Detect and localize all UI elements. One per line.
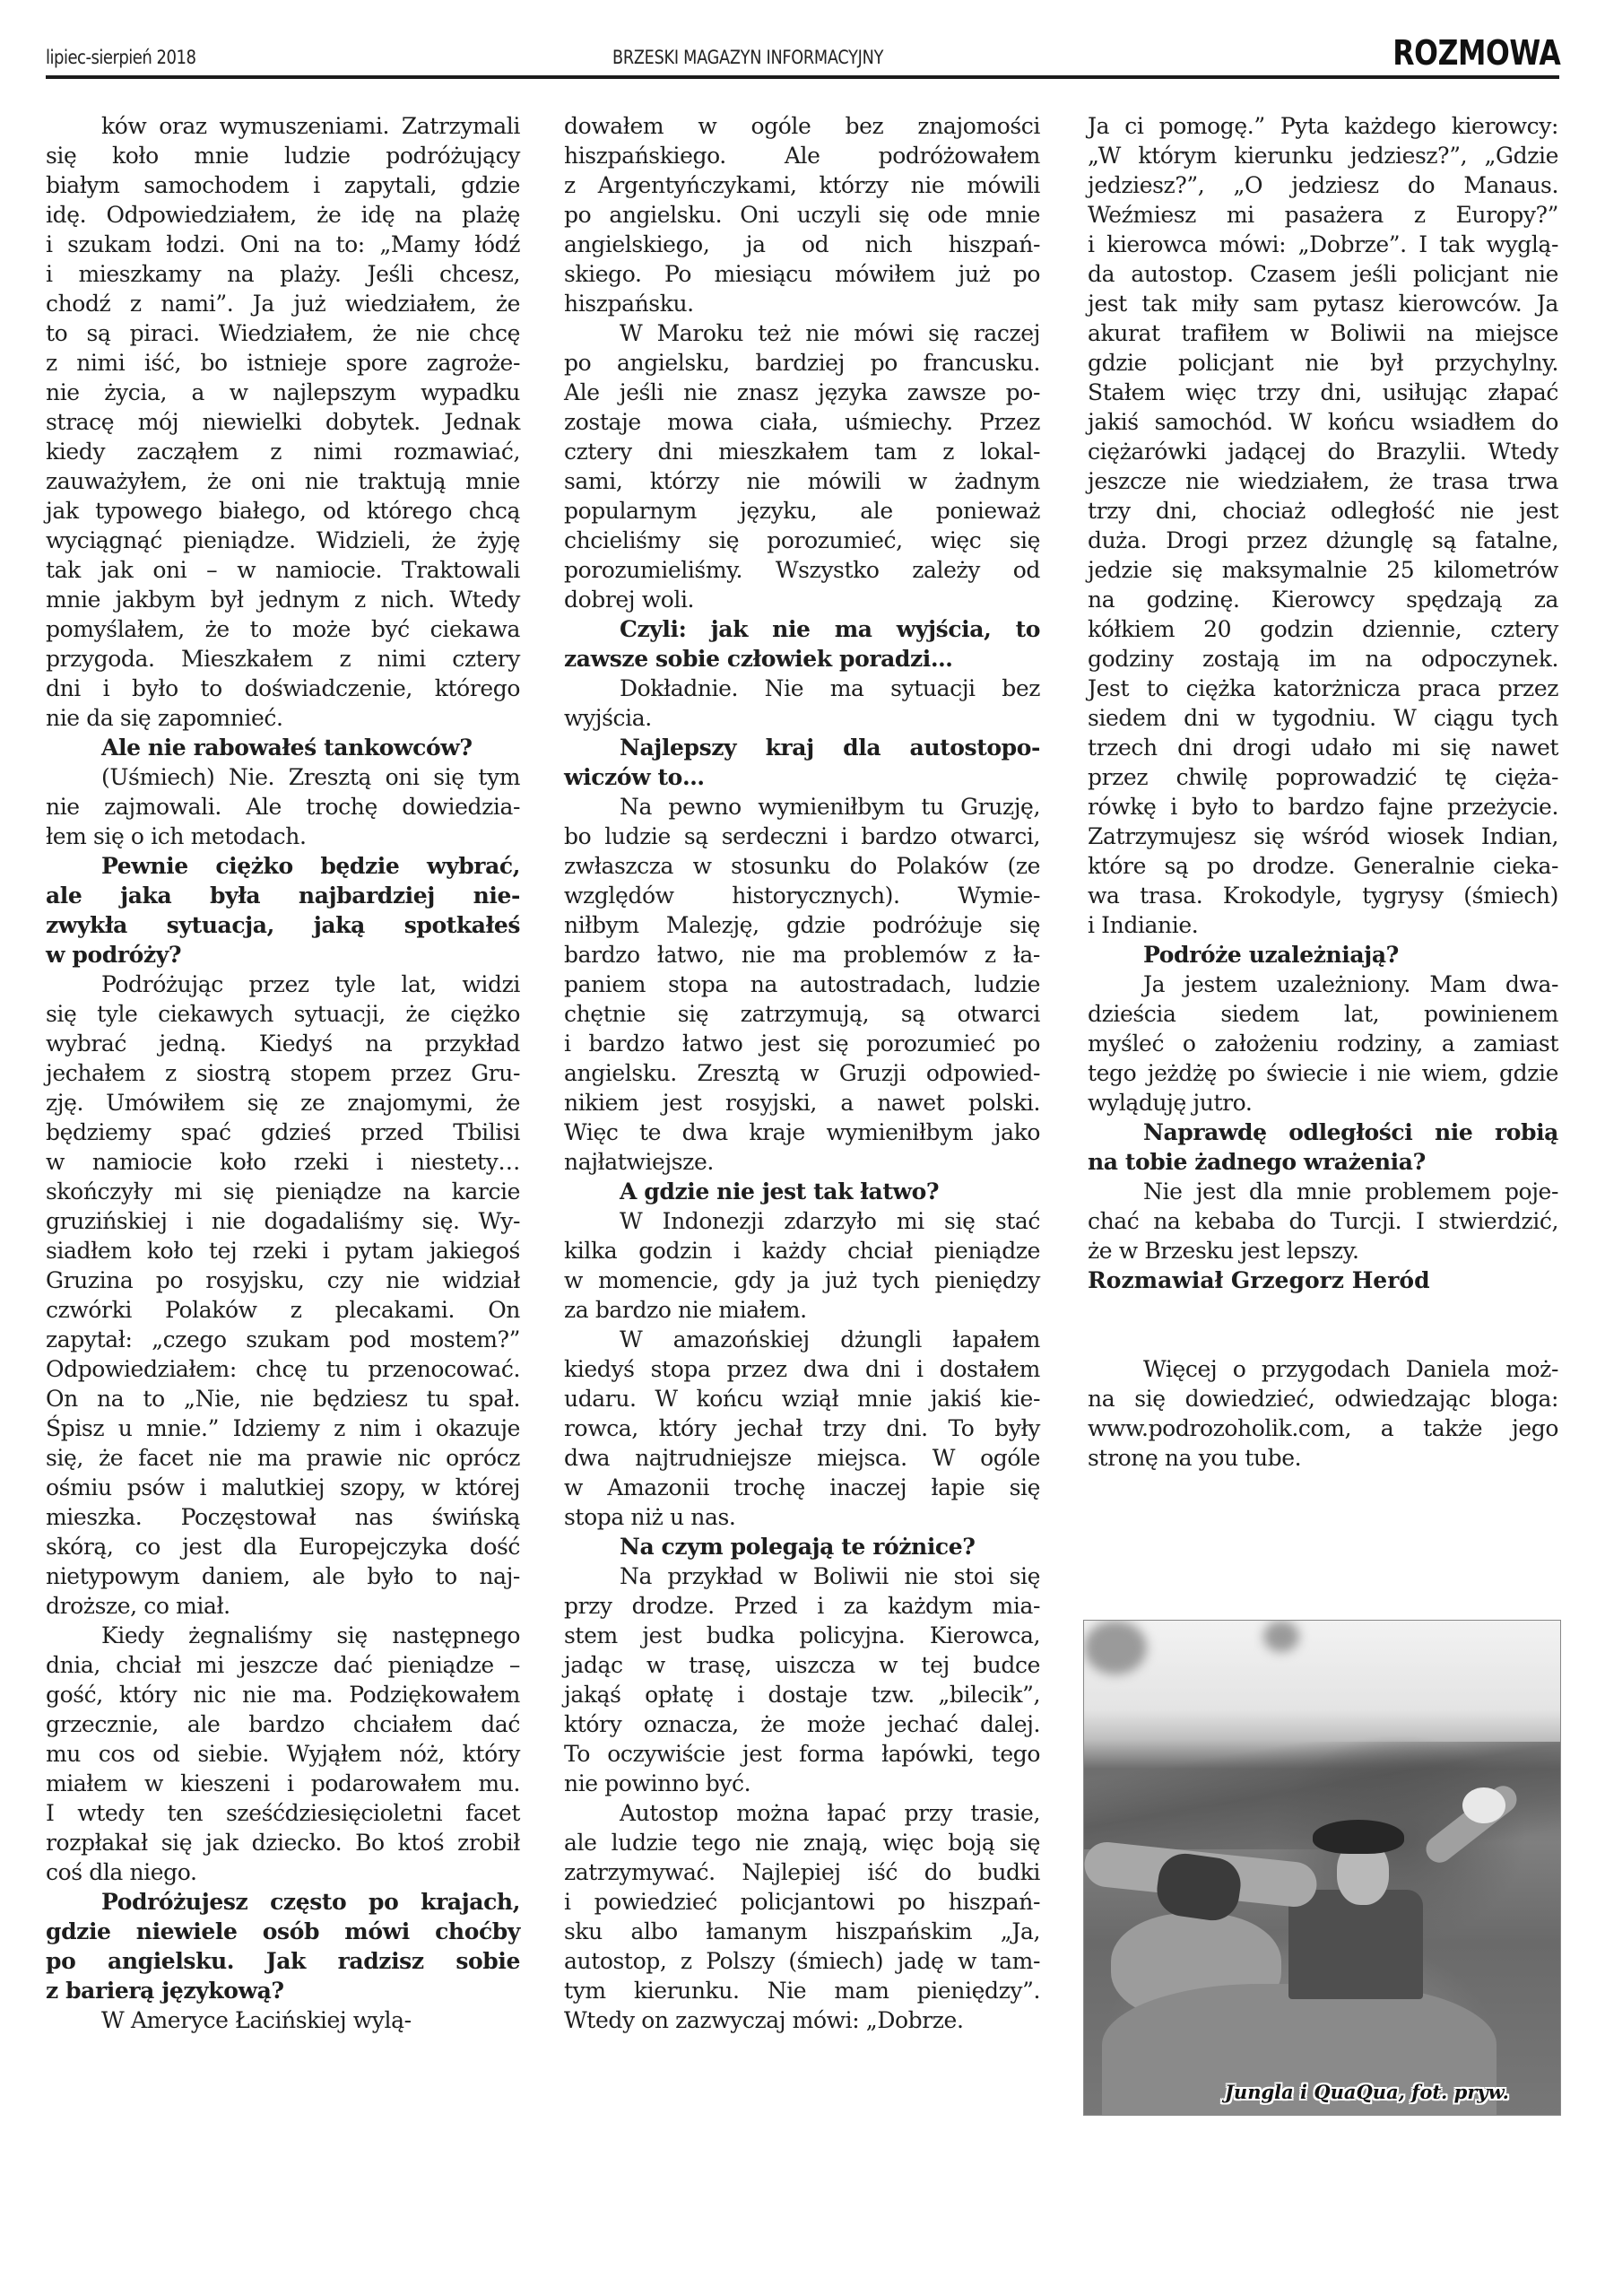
text-line: To oczywiście jest forma łapówki, tego	[564, 1739, 1040, 1769]
text-line: i bardzo łatwo jest się porozumieć po	[564, 1029, 1040, 1058]
paragraph: Ja ci pomogę.” Pyta każdego kierowcy:„W …	[1088, 111, 1558, 940]
text-line: Ale jeśli nie znasz języka zawsze po-	[564, 378, 1040, 407]
text-line: wa trasa. Krokodyle, tygrysy (śmiech)	[1088, 881, 1558, 910]
text-line: chać na kebaba do Turcji. I stwierdzić,	[1088, 1206, 1558, 1236]
text-line: łem się o ich metodach.	[46, 822, 520, 851]
paragraph: Kiedy żegnaliśmy się następnegodnia, chc…	[46, 1621, 520, 1887]
interview-question: Na czym polegają te różnice?	[564, 1532, 1040, 1561]
text-line: nie powinno być.	[564, 1769, 1040, 1798]
section-title: ROZMOWA	[1392, 33, 1560, 73]
text-line: myśleć o założeniu rodziny, a zamiast	[1088, 1029, 1558, 1058]
interview-question: Czyli: jak nie ma wyjścia, tozawsze sobi…	[564, 614, 1040, 674]
magazine-title: BRZESKI MAGAZYN INFORMACYJNY	[612, 47, 883, 68]
text-line: po angielsku. Jak radzisz sobie	[46, 1946, 520, 1976]
cloud-shape	[1084, 1621, 1147, 1674]
text-line: stem jest budka policyjna. Kierowca,	[564, 1621, 1040, 1650]
person-shirt	[1288, 1890, 1423, 1999]
text-line: ale jaka była najbardziej nie-	[46, 881, 520, 910]
text-line: z nimi iść, bo istnieje spore zagroże-	[46, 348, 520, 378]
text-line: po angielsku. Oni uczyli się ode mnie	[564, 200, 1040, 230]
text-line: porozumieliśmy. Wszystko zależy od	[564, 555, 1040, 585]
text-line: w namiocie koło rzeki i niestety…	[46, 1147, 520, 1177]
text-line: skończyły mi się pieniądze na karcie	[46, 1177, 520, 1206]
text-line: I wtedy ten sześćdziesięcioletni facet	[46, 1798, 520, 1828]
text-line: droższe, co miał.	[46, 1591, 520, 1621]
text-line: grzecznie, ale bardzo chciałem dać	[46, 1709, 520, 1739]
text-line: Podróże uzależniają?	[1088, 940, 1558, 970]
text-line: ków oraz wymuszeniami. Zatrzymali	[46, 111, 520, 141]
text-line: dzieścia siedem lat, powinienem	[1088, 999, 1558, 1029]
text-line: jak typowego białego, od którego chcą	[46, 496, 520, 526]
text-line: zatrzymywać. Najlepiej iść do budki	[564, 1857, 1040, 1887]
text-line: idę. Odpowiedziałem, że idę na plażę	[46, 200, 520, 230]
text-line: nietypowym daniem, ale było to naj-	[46, 1561, 520, 1591]
text-line: da autostop. Czasem jeśli policjant nie	[1088, 259, 1558, 289]
text-line: jakąś opłatę i dostaje tzw. „bilecik”,	[564, 1680, 1040, 1709]
text-line: to są piraci. Wiedziałem, że nie chcę	[46, 318, 520, 348]
interview-question: Naprawdę odległości nie robiąna tobie ża…	[1088, 1118, 1558, 1177]
text-line: Czyli: jak nie ma wyjścia, to	[564, 614, 1040, 644]
text-line: W Indonezji zdarzyło mi się stać	[564, 1206, 1040, 1236]
interview-question: Najlepszy kraj dla autostopo-wiczów to…	[564, 733, 1040, 792]
text-line: przy drodze. Przed i za każdym mia-	[564, 1591, 1040, 1621]
text-line: Na przykład w Boliwii nie stoi się	[564, 1561, 1040, 1591]
text-line: kółkiem 20 godzin dziennie, cztery	[1088, 614, 1558, 644]
text-line: akurat trafiłem w Boliwii na miejsce	[1088, 318, 1558, 348]
interview-question: Podróże uzależniają?	[1088, 940, 1558, 970]
text-line: sku albo łamanym hiszpańskim „Ja,	[564, 1917, 1040, 1946]
paragraph: W amazońskiej dżungli łapałemkiedyś stop…	[564, 1325, 1040, 1532]
text-line: nie da się zapomnieć.	[46, 703, 520, 733]
paragraph: Na pewno wymieniłbym tu Gruzję,bo ludzie…	[564, 792, 1040, 1177]
text-line: rowca, który jechał trzy dni. To były	[564, 1413, 1040, 1443]
text-line: zauważyłem, że oni nie traktują mnie	[46, 466, 520, 496]
text-line: dowałem w ogóle bez znajomości	[564, 111, 1040, 141]
text-line: rówkę i było to bardzo fajne przeżycie.	[1088, 792, 1558, 822]
text-line: W Maroku też nie mówi się raczej	[564, 318, 1040, 348]
text-line: ośmiu psów i malutkiej szopy, w której	[46, 1473, 520, 1502]
text-line: najłatwiejsze.	[564, 1147, 1040, 1177]
text-line: A gdzie nie jest tak łatwo?	[564, 1177, 1040, 1206]
text-line: niłbym Malezję, gdzie podróżuje się	[564, 910, 1040, 940]
text-line: tego jeżdżę po świecie i nie wiem, gdzie	[1088, 1058, 1558, 1088]
paragraph: W Indonezji zdarzyło mi się staćkilka go…	[564, 1206, 1040, 1325]
text-line: zostaje mowa ciała, uśmiechy. Przez	[564, 407, 1040, 437]
text-line: Ja ci pomogę.” Pyta każdego kierowcy:	[1088, 111, 1558, 141]
text-line: jedziesz?”, „O jedziesz do Manaus.	[1088, 170, 1558, 200]
text-line: Zatrzymujesz się wśród wiosek Indian,	[1088, 822, 1558, 851]
text-line: autostop, z Polszy (śmiech) jadę w tam-	[564, 1946, 1040, 1976]
text-line: i kierowca mówi: „Dobrze”. I tak wyglą-	[1088, 230, 1558, 259]
text-line: mieszka. Poczęstował nas świńską	[46, 1502, 520, 1532]
text-line: chętnie się zatrzymują, są otwarci	[564, 999, 1040, 1029]
text-line: i szukam łodzi. Oni na to: „Mamy łódź	[46, 230, 520, 259]
article-column-2: dowałem w ogóle bez znajomościhiszpański…	[564, 111, 1040, 2035]
text-line: chodź z nami”. Ja już wiedziałem, że	[46, 289, 520, 318]
text-line: wyjścia.	[564, 703, 1040, 733]
text-line: się koło mnie ludzie podróżujący	[46, 141, 520, 170]
text-line: duża. Drogi przez dżunglę są fatalne,	[1088, 526, 1558, 555]
text-line: jeszcze nie wiedziałem, że trasa trwa	[1088, 466, 1558, 496]
text-line: wyląduję jutro.	[1088, 1088, 1558, 1118]
text-line: Więcej o przygodach Daniela moż-	[1088, 1354, 1558, 1384]
text-line: jakiś samochód. W końcu wsiadłem do	[1088, 407, 1558, 437]
text-line: zawsze sobie człowiek poradzi…	[564, 644, 1040, 674]
text-line: kilka godzin i każdy chciał pieniądze	[564, 1236, 1040, 1265]
text-line: Jest to ciężka katorżnicza praca przez	[1088, 674, 1558, 703]
text-line: Wtedy on zazwyczaj mówi: „Dobrze.	[564, 2005, 1040, 2035]
text-line: z Argentyńczykami, którzy nie mówili	[564, 170, 1040, 200]
text-line: za bardzo nie miałem.	[564, 1295, 1040, 1325]
text-line: Pewnie ciężko będzie wybrać,	[46, 851, 520, 881]
person-hat	[1313, 1820, 1404, 1854]
paragraph: Nie jest dla mnie problemem poje-chać na…	[1088, 1177, 1558, 1265]
text-line: ale ludzie tego nie znają, więc boją się	[564, 1828, 1040, 1857]
text-line: białym samochodem i zapytali, gdzie	[46, 170, 520, 200]
text-line: Ale nie rabowałeś tankowców?	[46, 733, 520, 762]
text-line: nie zajmowali. Ale trochę dowiedzia-	[46, 792, 520, 822]
text-line: wybrać jedną. Kiedyś na przykład	[46, 1029, 520, 1058]
text-line: trzy dni, chociaż odległość nie jest	[1088, 496, 1558, 526]
text-line: bo ludzie są serdeczni i bardzo otwarci,	[564, 822, 1040, 851]
text-line: nikiem jest rosyjski, a nawet polski.	[564, 1088, 1040, 1118]
text-line: hiszpańskiego. Ale podróżowałem	[564, 141, 1040, 170]
paragraph: Ja jestem uzależniony. Mam dwa-dzieścia …	[1088, 970, 1558, 1118]
text-line: wyciągnąć pieniądze. Widzieli, że żyję	[46, 526, 520, 555]
text-line: w Amazonii trochę inaczej łapie się	[564, 1473, 1040, 1502]
text-line: bardzo łatwo, nie ma problemów z ła-	[564, 940, 1040, 970]
text-line: które są po drodze. Generalnie cieka-	[1088, 851, 1558, 881]
paragraph: (Uśmiech) Nie. Zresztą oni się tymnie za…	[46, 762, 520, 851]
text-line: Odpowiedziałem: chcę tu przenocować.	[46, 1354, 520, 1384]
spacer	[1088, 1295, 1558, 1354]
text-line: który oznacza, że może jechać dalej.	[564, 1709, 1040, 1739]
text-line: Nie jest dla mnie problemem poje-	[1088, 1177, 1558, 1206]
text-line: przez chwilę poprowadzić tę cięża-	[1088, 762, 1558, 792]
text-line: W Ameryce Łacińskiej wylą-	[46, 2005, 520, 2035]
text-line: miałem w kieszeni i podarowałem mu.	[46, 1769, 520, 1798]
text-line: sami, którzy nie mówili w żadnym	[564, 466, 1040, 496]
text-line: gruzińskiej i nie dogadaliśmy się. Wy-	[46, 1206, 520, 1236]
text-line: hiszpańsku.	[564, 289, 1040, 318]
text-line: Najlepszy kraj dla autostopo-	[564, 733, 1040, 762]
text-line: Podróżując przez tyle lat, widzi	[46, 970, 520, 999]
text-line: cztery dni mieszkałem tam z lokal-	[564, 437, 1040, 466]
paragraph: Podróżując przez tyle lat, widzisię tyle…	[46, 970, 520, 1621]
text-line: kiedy zacząłem z nimi rozmawiać,	[46, 437, 520, 466]
paragraph: Na przykład w Boliwii nie stoi sięprzy d…	[564, 1561, 1040, 1798]
text-line: Stałem więc trzy dni, usiłując złapać	[1088, 378, 1558, 407]
text-line: popularnym języku, ale ponieważ	[564, 496, 1040, 526]
text-line: stronę na you tube.	[1088, 1443, 1558, 1473]
text-line: jadąc w trasę, uiszcza w tej budce	[564, 1650, 1040, 1680]
text-line: godziny zostają im na odpoczynek.	[1088, 644, 1558, 674]
text-line: siedem dni w tygodniu. W ciągu tych	[1088, 703, 1558, 733]
text-line: się, że facet nie ma prawie nic oprócz	[46, 1443, 520, 1473]
text-line: że w Brzesku jest lepszy.	[1088, 1236, 1558, 1265]
interview-question: Pewnie ciężko będzie wybrać,ale jaka był…	[46, 851, 520, 970]
text-line: Na czym polegają te różnice?	[564, 1532, 1040, 1561]
text-line: tak jak oni – w namiocie. Traktowali	[46, 555, 520, 585]
text-line: Ja jestem uzależniony. Mam dwa-	[1088, 970, 1558, 999]
text-line: gdzie policjant nie był przychylny.	[1088, 348, 1558, 378]
interview-question: Ale nie rabowałeś tankowców?	[46, 733, 520, 762]
text-line: skórą, co jest dla Europejczyka dość	[46, 1532, 520, 1561]
text-line: gość, który nic nie ma. Podziękowałem	[46, 1680, 520, 1709]
text-line: jest tak miły sam pytasz kierowców. Ja	[1088, 289, 1558, 318]
article-photo	[1083, 1620, 1561, 2116]
text-line: mnie jakbym był jednym z nich. Wtedy	[46, 585, 520, 614]
article-column-3: Ja ci pomogę.” Pyta każdego kierowcy:„W …	[1088, 111, 1558, 1473]
text-line: Na pewno wymieniłbym tu Gruzję,	[564, 792, 1040, 822]
text-line: po angielsku, bardziej po francusku.	[564, 348, 1040, 378]
paragraph: dowałem w ogóle bez znajomościhiszpański…	[564, 111, 1040, 318]
paragraph: W Maroku też nie mówi się raczejpo angie…	[564, 318, 1040, 614]
text-line: pomyślałem, że to może być ciekawa	[46, 614, 520, 644]
issue-date: lipiec-sierpień 2018	[46, 47, 195, 68]
page-header: lipiec-sierpień 2018 BRZESKI MAGAZYN INF…	[0, 0, 1605, 90]
text-line: jedzie się maksymalnie 25 kilometrów	[1088, 555, 1558, 585]
text-line: jechałem z siostrą stopem przez Gru-	[46, 1058, 520, 1088]
interview-question: A gdzie nie jest tak łatwo?	[564, 1177, 1040, 1206]
text-line: angielsku. Zresztą w Gruzji odpowied-	[564, 1058, 1040, 1088]
text-line: z barierą językową?	[46, 1976, 520, 2005]
paragraph: Autostop można łapać przy trasie,ale lud…	[564, 1798, 1040, 2035]
cloud-shape	[1263, 1621, 1299, 1652]
text-line: w momencie, gdy ja już tych pieniędzy	[564, 1265, 1040, 1295]
text-line: stopa niż u nas.	[564, 1502, 1040, 1532]
text-line: skiego. Po miesiącu mówiłem już po	[564, 259, 1040, 289]
text-line: Śpisz u mnie.” Idziemy z nim i okazuje	[46, 1413, 520, 1443]
text-line: Kiedy żegnaliśmy się następnego	[46, 1621, 520, 1650]
text-line: kiedyś stopa przez dwa dni i dostałem	[564, 1354, 1040, 1384]
text-line: mu cos od siebie. Wyjąłem nóż, który	[46, 1739, 520, 1769]
text-line: ciężarówki jadącej do Brazylii. Wtedy	[1088, 437, 1558, 466]
text-line: W amazońskiej dżungli łapałem	[564, 1325, 1040, 1354]
text-line: Naprawdę odległości nie robią	[1088, 1118, 1558, 1147]
text-line: dnia, chciał mi jeszcze dać pieniądze –	[46, 1650, 520, 1680]
text-line: będziemy spać gdzieś przed Tbilisi	[46, 1118, 520, 1147]
text-line: nie życia, a w najlepszym wypadku	[46, 378, 520, 407]
text-line: Dokładnie. Nie ma sytuacji bez	[564, 674, 1040, 703]
text-line: względów historycznych). Wymie-	[564, 881, 1040, 910]
text-line: chcieliśmy się porozumieć, więc się	[564, 526, 1040, 555]
text-line: wiczów to…	[564, 762, 1040, 792]
text-line: Autostop można łapać przy trasie,	[564, 1798, 1040, 1828]
text-line: na tobie żadnego wrażenia?	[1088, 1147, 1558, 1177]
text-line: Weźmiesz mi pasażera z Europy?”	[1088, 200, 1558, 230]
text-line: dwa najtrudniejsze miejsca. W ogóle	[564, 1443, 1040, 1473]
text-line: dobrej woli.	[564, 585, 1040, 614]
text-line: udaru. W końcu wziął mnie jakiś kie-	[564, 1384, 1040, 1413]
text-line: zwłaszcza w stosunku do Polaków (ze	[564, 851, 1040, 881]
text-line: na się dowiedzieć, odwiedzając bloga:	[1088, 1384, 1558, 1413]
text-line: i powiedzieć policjantowi po hiszpań-	[564, 1887, 1040, 1917]
person-fist	[1462, 1787, 1505, 1823]
text-line: zwykła sytuacja, jaką spotkałeś	[46, 910, 520, 940]
photo-caption: Jungla i QuaQua, fot. pryw.	[1225, 2081, 1509, 2103]
header-rule	[46, 75, 1559, 79]
text-line: siadłem koło tej rzeki i pytam jakiegoś	[46, 1236, 520, 1265]
text-line: przygoda. Mieszkałem z nimi cztery	[46, 644, 520, 674]
text-line: Więc te dwa kraje wymieniłbym jako	[564, 1118, 1040, 1147]
article-column-1: ków oraz wymuszeniami. Zatrzymalisię koł…	[46, 111, 520, 2035]
text-line: stracę mój niewielki dobytek. Jednak	[46, 407, 520, 437]
text-line: „W którym kierunku jedziesz?”, „Gdzie	[1088, 141, 1558, 170]
text-line: coś dla niego.	[46, 1857, 520, 1887]
paragraph: W Ameryce Łacińskiej wylą-	[46, 2005, 520, 2035]
text-line: i Indianie.	[1088, 910, 1558, 940]
author-signature: Rozmawiał Grzegorz Heród	[1088, 1265, 1558, 1295]
text-line: paniem stopa na autostradach, ludzie	[564, 970, 1040, 999]
text-line: tym kierunku. Nie mam pieniędzy”.	[564, 1976, 1040, 2005]
text-line: rozpłakał się jak dziecko. Bo ktoś zrobi…	[46, 1828, 520, 1857]
paragraph: Więcej o przygodach Daniela moż-na się d…	[1088, 1354, 1558, 1473]
text-line: Podróżujesz często po krajach,	[46, 1887, 520, 1917]
text-line: w podróży?	[46, 940, 520, 970]
text-line: (Uśmiech) Nie. Zresztą oni się tym	[46, 762, 520, 792]
text-line: zapytał: „czego szukam pod mostem?”	[46, 1325, 520, 1354]
text-line: On na to „Nie, nie będziesz tu spał.	[46, 1384, 520, 1413]
interview-question: Podróżujesz często po krajach,gdzie niew…	[46, 1887, 520, 2005]
paragraph: Dokładnie. Nie ma sytuacji bezwyjścia.	[564, 674, 1040, 733]
text-line: angielskiego, ja od nich hiszpań-	[564, 230, 1040, 259]
text-line: się tyle ciekawych sytuacji, że ciężko	[46, 999, 520, 1029]
text-line: i mieszkamy na plaży. Jeśli chcesz,	[46, 259, 520, 289]
text-line: dni i było to doświadczenie, którego	[46, 674, 520, 703]
text-line: Gruzina po rosyjsku, czy nie widział	[46, 1265, 520, 1295]
text-line: trzech dni drogi udało mi się nawet	[1088, 733, 1558, 762]
text-line: zję. Umówiłem się ze znajomymi, że	[46, 1088, 520, 1118]
paragraph: ków oraz wymuszeniami. Zatrzymalisię koł…	[46, 111, 520, 733]
text-line: gdzie niewiele osób mówi choćby	[46, 1917, 520, 1946]
text-line: Rozmawiał Grzegorz Heród	[1088, 1265, 1558, 1295]
text-line: na godzinę. Kierowcy spędzają za	[1088, 585, 1558, 614]
text-line: www.podrozoholik.com, a także jego	[1088, 1413, 1558, 1443]
text-line: czwórki Polaków z plecakami. On	[46, 1295, 520, 1325]
